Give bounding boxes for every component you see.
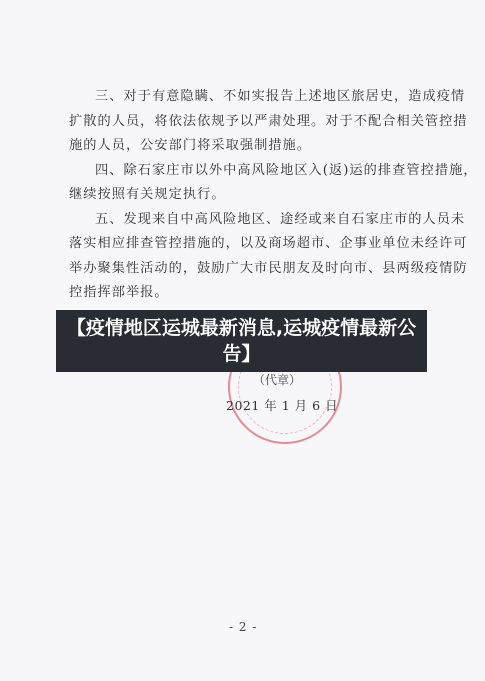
title-banner: 【疫情地区运城最新消息,运城疫情最新公告】 [56,310,427,372]
paragraph-four-line-2: 继续按照有关规定执行。 [69,187,226,203]
seal-label: （代章） [253,371,301,388]
paragraph-five-line-2: 落实相应排查管控措施的，以及商场超市、企事业单位未经许可 [69,236,468,252]
banner-title: 【疫情地区运城最新消息,运城疫情最新公告】 [56,315,427,367]
paragraph-three-line-2: 扩散的人员，将依法依规予以严肃处理。对于不配合相关管控措 [69,114,468,130]
paragraph-three-line-1: 三、对于有意隐瞒、不如实报告上述地区旅居史，造成疫情 [95,89,465,105]
page-number: - 2 - [229,620,257,634]
paragraph-five-line-3: 举办聚集性活动的，鼓励广大市民朋友及时向市、县两级疫情防 [69,261,468,277]
paragraph-three-line-3: 施的人员，公安部门将采取强制措施。 [69,138,311,154]
paragraph-four-line-1: 四、除石家庄市以外中高风险地区入(返)运的排查管控措施， [95,163,478,179]
paragraph-five-line-4: 控指挥部举报。 [69,285,169,301]
paragraph-five-line-1: 五、发现来自中高风险地区、途经或来自石家庄市的人员未 [95,212,465,228]
document-date: 2021 年 1 月 6 日 [226,396,338,414]
